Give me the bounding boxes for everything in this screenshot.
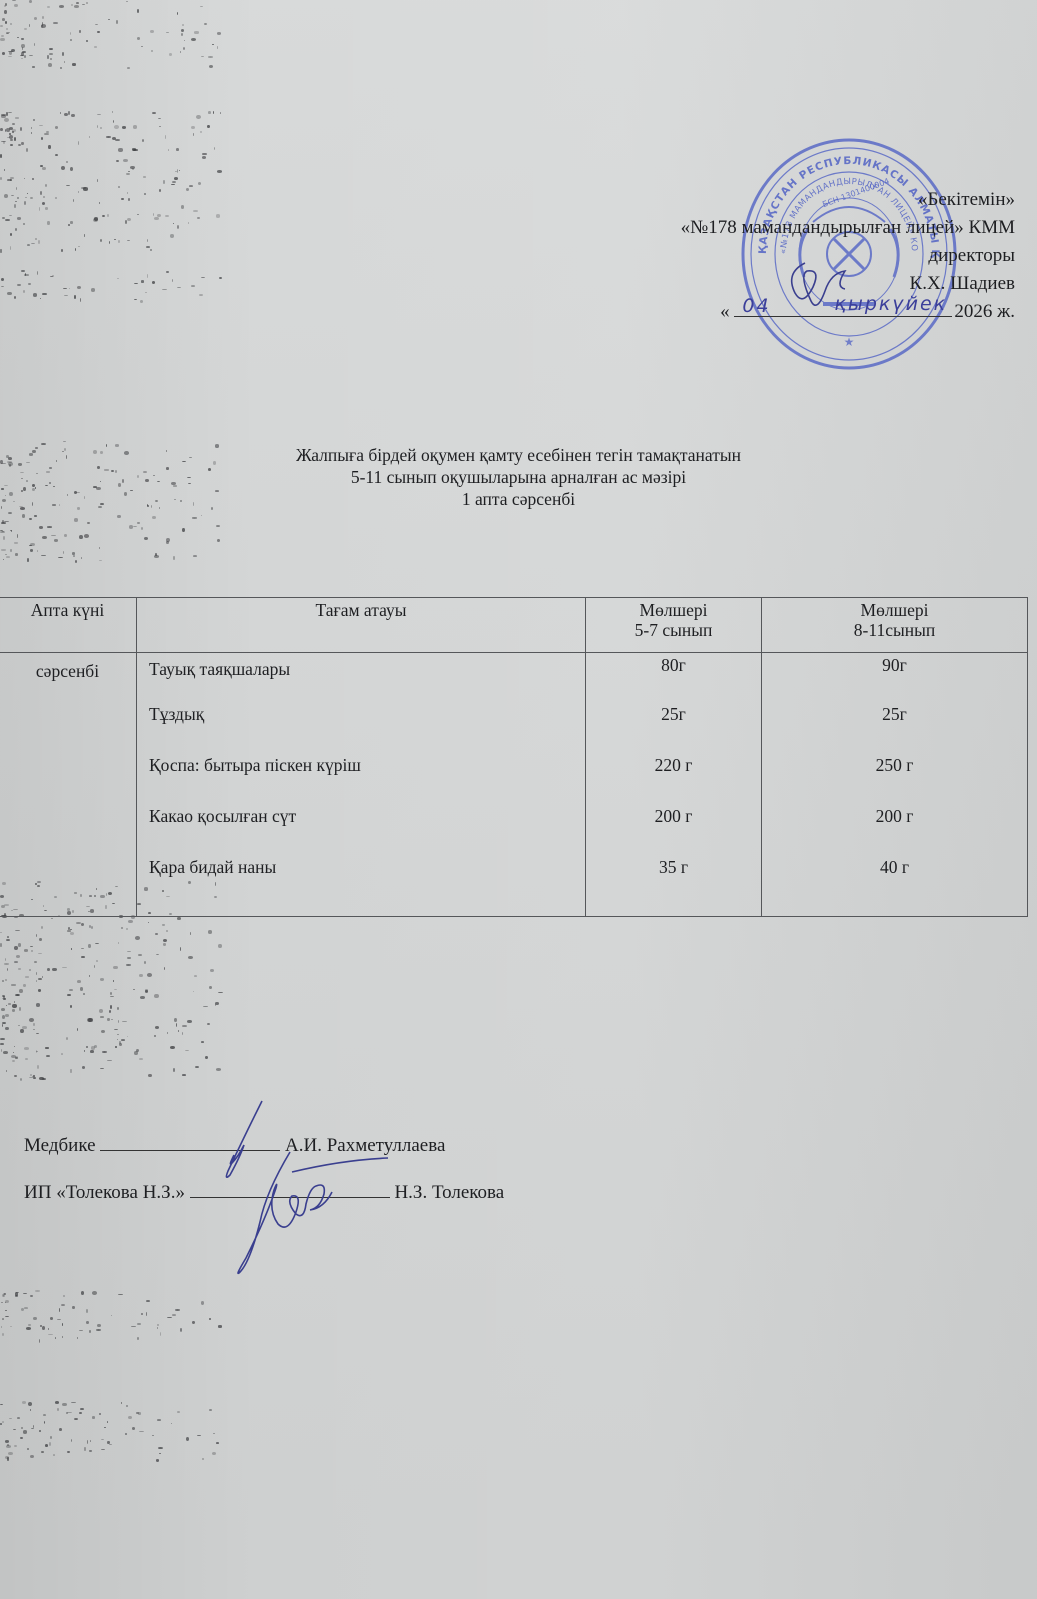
nurse-signature-line: Медбике А.И. Рахметуллаева [24,1134,445,1157]
nurse-sign-field [100,1134,280,1151]
dish-item: Қоспа: бытыра піскен күріш [149,755,585,806]
header-qty-5-7: Мөлшері 5-7 сынып [586,598,762,653]
header-day: Апта күні [0,598,137,653]
qty-8-11-value: 250 г [762,755,1027,806]
qty-5-7-value: 200 г [586,806,761,857]
header-dish: Тағам атауы [137,598,586,653]
approval-date: « 04 қыркүйек 2026 ж. [681,298,1015,326]
title-line-2: 5-11 сынып оқушыларына арналған ас мәзір… [0,466,1037,488]
nurse-name: А.И. Рахметуллаева [285,1135,445,1156]
ip-signature-icon [232,1150,392,1275]
qty-8-11-cell: 90г25г250 г200 г40 г [762,653,1028,917]
date-month-handwritten: қыркүйек [834,290,947,318]
qty-5-7-value: 25г [586,704,761,755]
day-cell: сәрсенбі [0,653,137,917]
approval-organization: «№178 мамандандырылған лицей» КММ [681,214,1015,242]
qty-8-11-value: 25г [762,704,1027,755]
dish-list: Тауық таяқшаларыТұздықҚоспа: бытыра піск… [137,653,585,908]
date-year: 2026 ж. [954,301,1015,322]
dish-item: Какао қосылған сүт [149,806,585,857]
nurse-label: Медбике [24,1135,96,1156]
date-fill-line: 04 қыркүйек [734,298,952,317]
ip-label: ИП «Толекова Н.З.» [24,1182,185,1203]
qty-5-7-cell: 80г25г220 г200 г35 г [586,653,762,917]
qty-5-7-value: 35 г [586,857,761,908]
menu-table: Апта күні Тағам атауы Мөлшері 5-7 сынып … [0,597,1028,917]
ip-name: Н.З. Толекова [394,1182,504,1203]
dish-item: Қара бидай наны [149,857,585,908]
ip-signature-line: ИП «Толекова Н.З.» Н.З. Толекова [24,1181,504,1204]
qty-8-11-value: 90г [762,653,1027,704]
qty-5-7-value: 80г [586,653,761,704]
table-row: сәрсенбі Тауық таяқшаларыТұздықҚоспа: бы… [0,653,1028,917]
dish-cell: Тауық таяқшаларыТұздықҚоспа: бытыра піск… [137,653,586,917]
dish-item: Тұздық [149,704,585,755]
date-day-handwritten: 04 [742,292,770,320]
document-title: Жалпыға бірдей оқумен қамту есебінен тег… [0,444,1037,510]
approval-label: «Бекітемін» [681,186,1015,214]
svg-text:★: ★ [844,335,855,349]
dish-item: Тауық таяқшалары [149,653,585,704]
date-open-quote: « [720,301,730,322]
header-qty-8-11: Мөлшері 8-11сынып [762,598,1028,653]
approval-block: «Бекітемін» «№178 мамандандырылған лицей… [681,186,1015,326]
qty-8-11-value: 40 г [762,857,1027,908]
title-line-1: Жалпыға бірдей оқумен қамту есебінен тег… [0,444,1037,466]
qty-5-7-value: 220 г [586,755,761,806]
ip-sign-field [190,1181,390,1198]
approval-position: директоры [681,242,1015,270]
qty-8-11-list: 90г25г250 г200 г40 г [762,653,1027,908]
qty-8-11-value: 200 г [762,806,1027,857]
title-line-3: 1 апта сәрсенбі [0,488,1037,510]
table-header-row: Апта күні Тағам атауы Мөлшері 5-7 сынып … [0,598,1028,653]
qty-5-7-list: 80г25г220 г200 г35 г [586,653,761,908]
